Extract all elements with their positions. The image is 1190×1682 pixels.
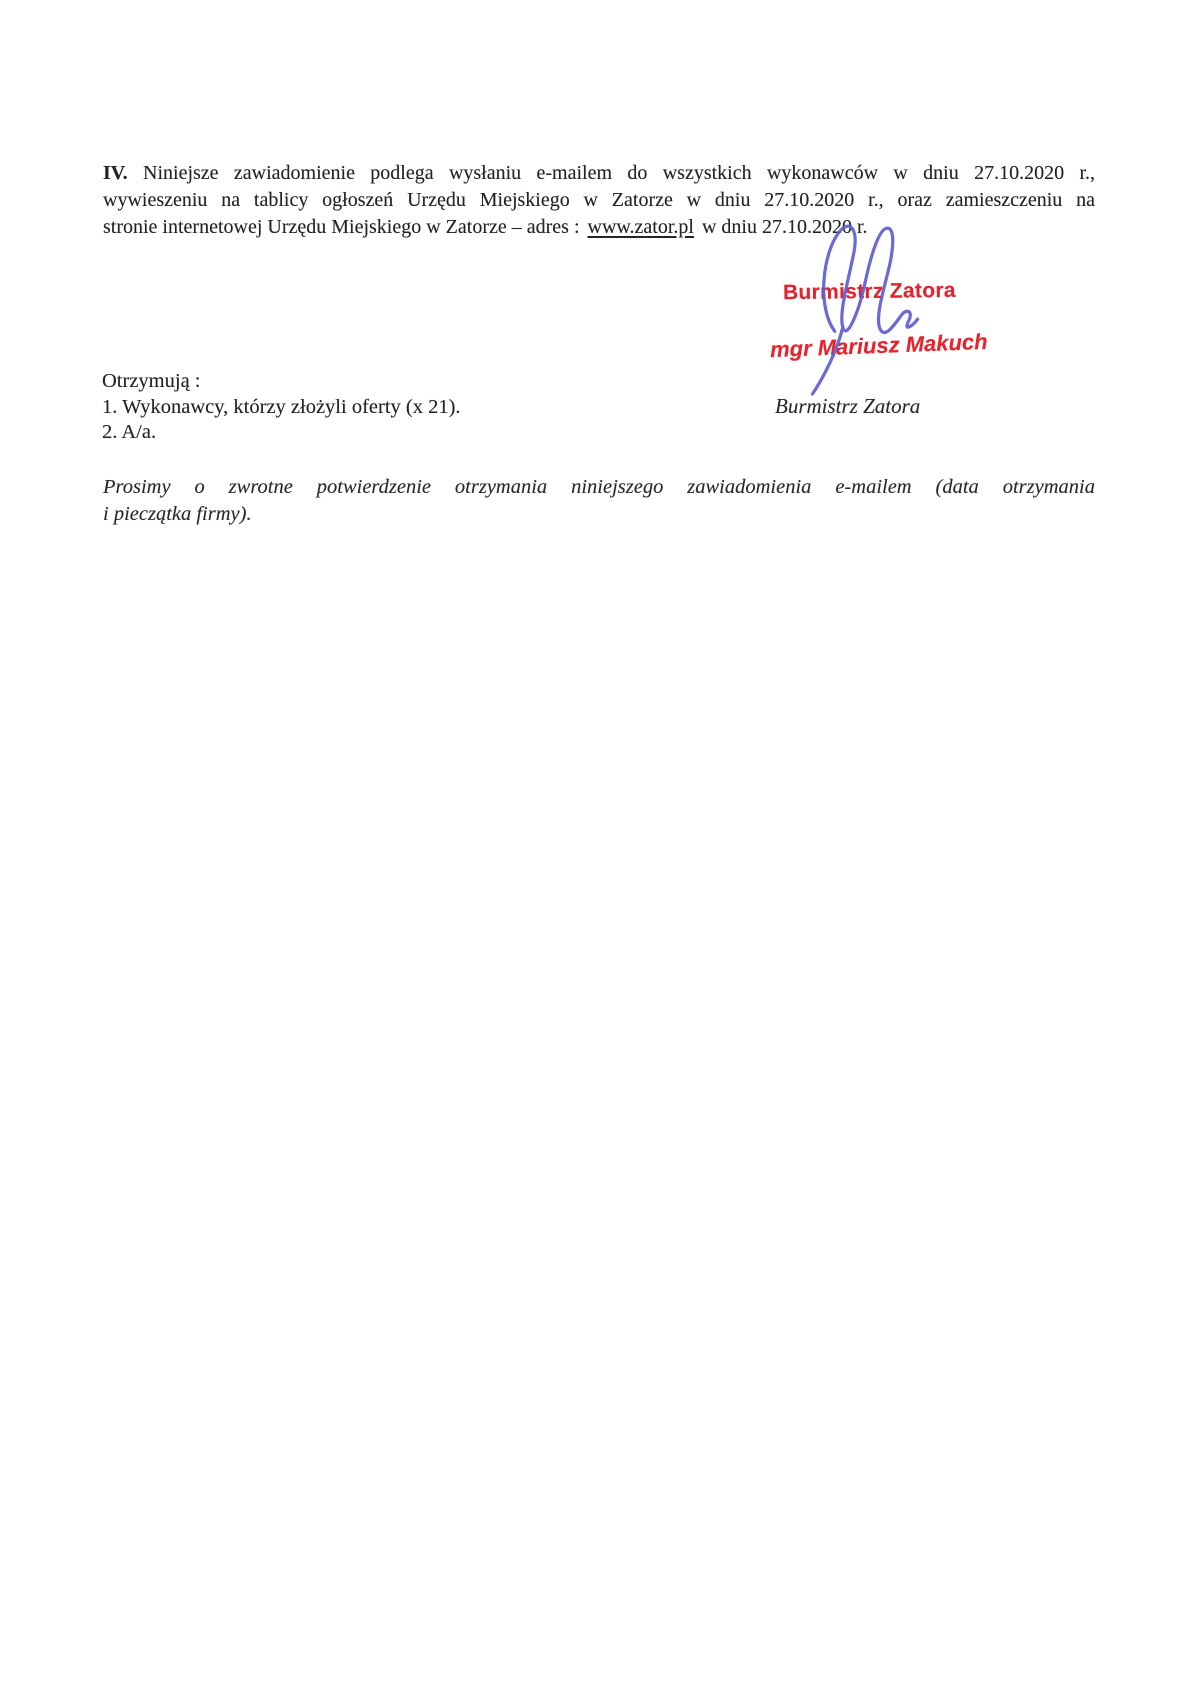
paragraph-iv-line-2-text: wywieszeniu na tablicy ogłoszeń Urzędu M… xyxy=(103,189,1095,211)
paragraph-iv: IV. Niniejsze zawiadomienie podlega wysł… xyxy=(103,160,1095,241)
paragraph-iv-number: IV. xyxy=(103,162,128,184)
paragraph-iv-line-1: IV. Niniejsze zawiadomienie podlega wysł… xyxy=(103,160,1095,187)
recipients-heading: Otrzymują : xyxy=(102,369,461,395)
closing-note-line-2: i pieczątka firmy). xyxy=(103,501,1095,528)
paragraph-iv-line-2: wywieszeniu na tablicy ogłoszeń Urzędu M… xyxy=(103,187,1095,214)
signed-title: Burmistrz Zatora xyxy=(775,394,920,419)
scanned-document-page: IV. Niniejsze zawiadomienie podlega wysł… xyxy=(0,0,1190,1682)
paragraph-iv-line-3-text: stronie internetowej Urzędu Miejskiego w… xyxy=(103,216,580,238)
closing-note: Prosimy o zwrotne potwierdzenie otrzyman… xyxy=(103,474,1095,528)
paragraph-iv-line-1-text: Niniejsze zawiadomienie podlega wysłaniu… xyxy=(143,162,1095,184)
closing-note-line-1: Prosimy o zwrotne potwierdzenie otrzyman… xyxy=(103,474,1095,501)
signature-ink-icon xyxy=(800,222,920,396)
paragraph-iv-line-3: stronie internetowej Urzędu Miejskiego w… xyxy=(103,214,1095,241)
recipient-item: 2. A/a. xyxy=(102,420,461,446)
website-link: www.zator.pl xyxy=(588,216,694,238)
recipient-item: 1. Wykonawcy, którzy złożyli oferty (x 2… xyxy=(102,395,461,421)
recipients-block: Otrzymują : 1. Wykonawcy, którzy złożyli… xyxy=(102,369,461,446)
